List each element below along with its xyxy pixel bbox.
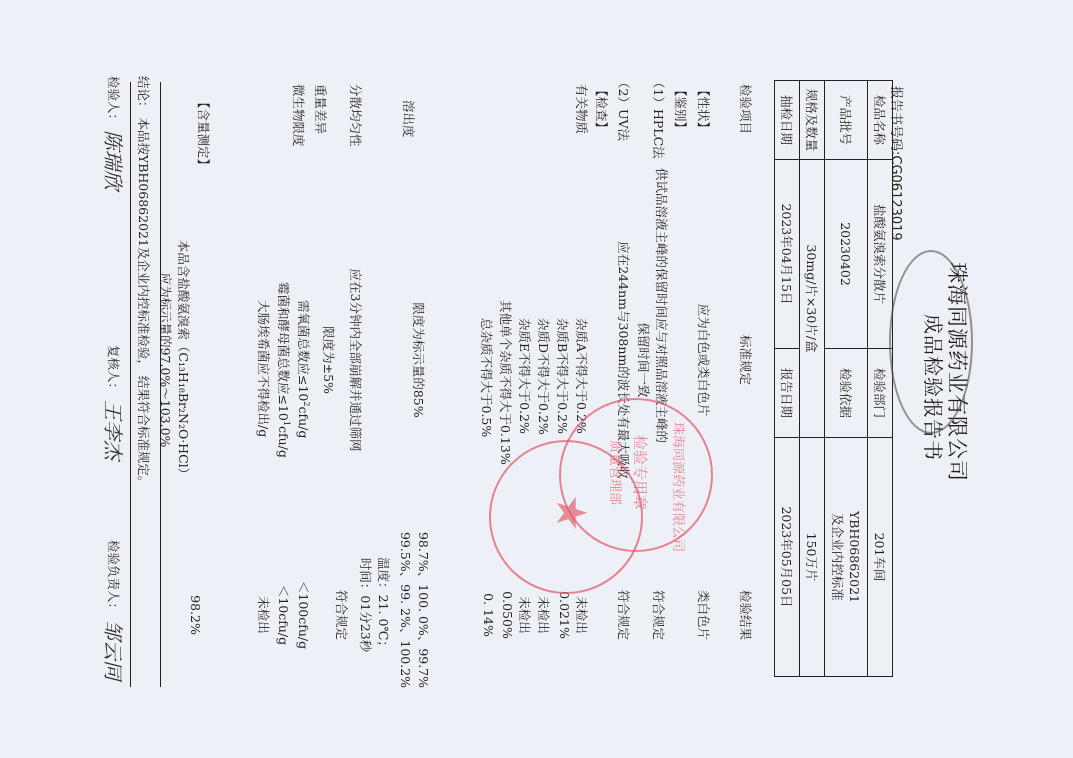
- hplc-result: 符合规定: [650, 540, 668, 690]
- microbial-standard: 需氧菌总数应≤102cfu/g: [295, 300, 313, 438]
- microbial-result: 未检出: [255, 540, 273, 690]
- section-appearance: 【性状】: [695, 84, 713, 134]
- microbial-standard: 大肠埃希菌应不得检出/g: [255, 300, 273, 437]
- assay-standard-1: 本品含盐酸氨溴索（C₁₃H₁₈Br₂N₂O·HCl）: [175, 160, 193, 560]
- dispersion-label: 分散均匀性: [347, 84, 365, 147]
- basis-internal: 及企业内控标准: [830, 442, 848, 672]
- supervisor-label: 检验负责人：: [105, 540, 123, 615]
- inspection-basis: YBH06862021 及企业内控标准: [825, 438, 868, 677]
- dispersion-temp: 温度：21. 0℃；: [375, 530, 393, 680]
- province-pharma-stamp: ★: [489, 440, 643, 594]
- spec: 30mg/片×30片/盒: [800, 160, 825, 438]
- dissolution-result-1: 98.7%、100. 0%、99.7%: [415, 520, 433, 700]
- weight-variation-label: 重量差异: [312, 84, 330, 134]
- info-row: 产品批号 20230402 检验依据 YBH06862021 及企业内控标准: [825, 81, 868, 677]
- dissolution-label: 溶出度: [400, 100, 418, 138]
- label-basis: 检验依据: [825, 349, 868, 438]
- inspector-label: 检验人：: [105, 76, 123, 126]
- assay-result: 98.2%: [188, 540, 203, 690]
- microbial-limit-label: 微生物限度: [290, 84, 308, 147]
- inspector-signature: 陈瑞欣: [100, 130, 129, 190]
- weight-variation-standard: 限度为±5%: [320, 160, 338, 560]
- product-name: 盐酸氨溴索分散片: [868, 160, 893, 349]
- dispersion-time: 时间：01分23秒: [357, 530, 375, 680]
- info-row: 检品名称 盐酸氨溴索分散片 检验部门 201车间: [868, 81, 893, 677]
- basis-standard: YBH06862021: [848, 442, 863, 672]
- info-row: 抽检日期 2023年04月15日 报告日期 2023年05月05日: [775, 81, 800, 677]
- supervisor-signature: 邹云同: [100, 620, 129, 680]
- microbial-result: ＜100cfu/g: [295, 540, 313, 690]
- related-substance-standard: 杂质E不得大于0.2%: [516, 318, 534, 434]
- department: 201车间: [868, 438, 893, 677]
- divider: [160, 82, 161, 687]
- info-row: 规格及数量 30mg/片×30片/盒 150万片: [800, 81, 825, 677]
- dispersion-standard: 应在3分钟内全部崩解并通过筛网: [347, 160, 365, 560]
- related-substances-label: 有关物质: [573, 84, 591, 134]
- dissolution-result-2: 99.5%、99. 2%、100.2%: [397, 520, 415, 700]
- label-department: 检验部门: [868, 349, 893, 438]
- hplc-label: （1）HPLC法: [650, 76, 668, 159]
- divider: [130, 82, 131, 687]
- label-report-date: 报告日期: [775, 349, 800, 438]
- label-spec-quantity: 规格及数量: [800, 81, 825, 160]
- inspection-report-page: 珠海同源药业有限公司 成品检验报告书 报告书号码:CG06123019 检品名称…: [0, 0, 1073, 758]
- quantity: 150万片: [800, 438, 825, 677]
- microbial-result: ＜10cfu/g: [275, 540, 293, 690]
- section-inspection: 【检查】: [593, 84, 611, 134]
- label-batch-number: 产品批号: [825, 81, 868, 160]
- header-result: 检验结果: [737, 590, 755, 640]
- related-substance-standard: 其他单个杂质不得大于0.13%: [497, 300, 515, 465]
- conclusion: 结论： 本品按YBH06862021及企业内控标准检验， 结果符合标准规定。: [135, 76, 153, 488]
- weight-variation-result: 符合规定: [333, 540, 351, 690]
- uv-label: （2）UV法: [615, 76, 633, 141]
- header-standard: 标准规定: [737, 160, 755, 560]
- section-identification: 【鉴别】: [672, 84, 690, 134]
- header-item: 检验项目: [737, 84, 755, 134]
- related-substance-standard: 总杂质不得大于0.5%: [478, 318, 496, 437]
- appearance-result: 类白色片: [695, 540, 713, 690]
- batch-number: 20230402: [825, 160, 868, 349]
- star-icon: ★: [547, 494, 596, 532]
- reviewer-label: 复核人：: [105, 345, 123, 395]
- reviewer-signature: 王李杰: [100, 400, 129, 460]
- sampling-date: 2023年04月15日: [775, 160, 800, 349]
- related-substance-standard: 杂质D不得大于0.2%: [535, 318, 553, 435]
- top-stamp: [889, 250, 973, 434]
- product-info-table: 检品名称 盐酸氨溴索分散片 检验部门 201车间 产品批号 20230402 检…: [774, 80, 893, 677]
- label-product-name: 检品名称: [868, 81, 893, 160]
- related-substance-standard: 杂质B不得大于0.2%: [554, 318, 572, 434]
- microbial-standard: 霉菌和酵母菌总数应≤101cfu/g: [275, 282, 293, 458]
- label-sampling-date: 抽检日期: [775, 81, 800, 160]
- section-assay: 【含量测定】: [195, 96, 213, 171]
- dissolution-standard: 限度为标示量的85%: [410, 160, 428, 560]
- related-substance-result: 0. 14%: [481, 540, 496, 690]
- report-date: 2023年05月05日: [775, 438, 800, 677]
